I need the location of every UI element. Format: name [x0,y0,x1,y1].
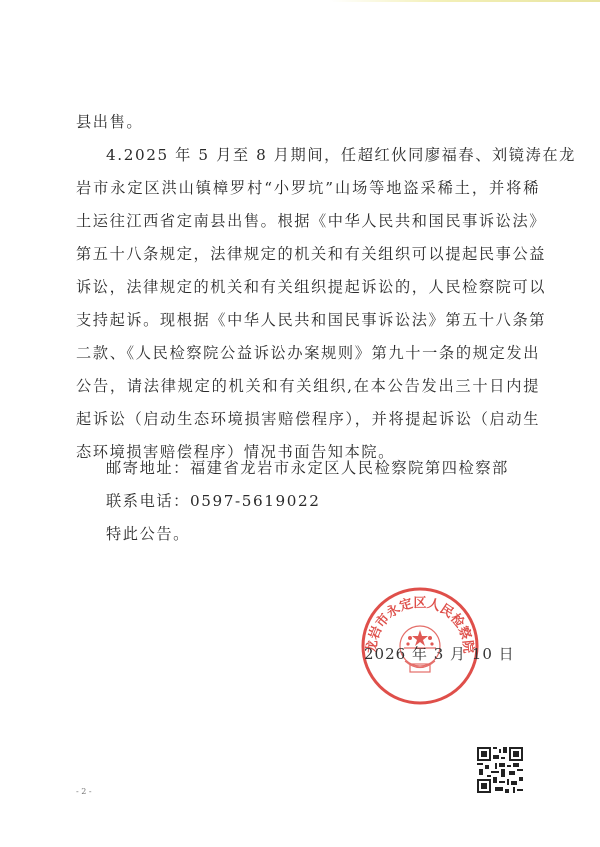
document-page: 县出售。 4.2025 年 5 月至 8 月期间，任超红伙同廖福春、刘镜涛在龙 … [0,0,600,847]
phone-value: 0597-5619022 [190,492,321,510]
qr-code-icon [475,745,525,795]
body-line-1: 县出售。 [76,112,540,132]
issue-date: 2026 年 3 月 10 日 [364,643,515,664]
body-line-7: 支持起诉。现根据《中华人民共和国民事诉讼法》第五十八条第 [76,310,540,330]
body-line-9: 公告，请法律规定的机关和有关组织,在本公告发出三十日内提 [76,376,540,396]
address-label: 邮寄地址： [106,459,190,477]
phone-label: 联系电话： [106,492,190,510]
body-line-6: 诉讼，法律规定的机关和有关组织提起诉讼的，人民检察院可以 [76,277,540,297]
closing-statement: 特此公告。 [106,524,540,544]
body-line-5: 第五十八条规定，法律规定的机关和有关组织可以提起民事公益 [76,244,540,264]
contact-phone: 联系电话：0597-5619022 [106,491,540,511]
address-value: 福建省龙岩市永定区人民检察院第四检察部 [190,459,509,477]
body-line-2: 4.2025 年 5 月至 8 月期间，任超红伙同廖福春、刘镜涛在龙 [106,145,540,165]
body-line-3: 岩市永定区洪山镇樟罗村“小罗坑”山场等地盗采稀土，并将稀 [76,178,540,198]
body-line-8: 二款、《人民检察院公益诉讼办案规则》第九十一条的规定发出 [76,343,540,363]
body-line-4: 土运往江西省定南县出售。根据《中华人民共和国民事诉讼法》 [76,211,540,231]
mailing-address: 邮寄地址：福建省龙岩市永定区人民检察院第四检察部 [106,458,540,478]
page-number: - 2 - [76,787,92,796]
body-line-10: 起诉讼（启动生态环境损害赔偿程序），并将提起诉讼（启动生 [76,409,540,429]
